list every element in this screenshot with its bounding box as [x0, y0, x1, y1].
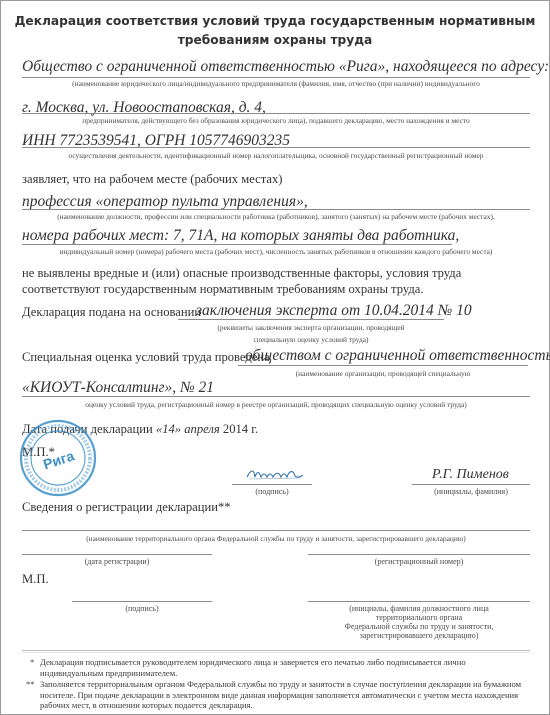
assessment-org-name-field[interactable]: «КИОУТ-Консалтинг», № 21: [22, 379, 214, 397]
registration-stamp-label: М.П.: [22, 571, 49, 587]
underline: [178, 319, 444, 320]
assessment-label: Специальная оценка условий труда проведе…: [22, 349, 270, 365]
basis-value-field[interactable]: заключения эксперта от 10.04.2014 № 10: [196, 302, 472, 320]
caption-applicant-2: предпринимателя, действующего без образо…: [22, 116, 530, 125]
footnote-divider: [22, 652, 530, 653]
underline: [22, 113, 530, 114]
underline: [22, 244, 452, 245]
name-line: [412, 484, 530, 485]
workplace-numbers-field[interactable]: номера рабочих мест: 7, 71А, на которых …: [22, 227, 459, 245]
signature-icon: [245, 465, 305, 483]
caption-registration-org: (наименование территориального органа Фе…: [22, 534, 530, 543]
svg-text:Рига: Рига: [41, 447, 76, 472]
caption-workplace-numbers: индивидуальный номер (номера) рабочего м…: [22, 247, 530, 256]
underline: [22, 147, 530, 148]
assessment-org-field[interactable]: обществом с ограниченной ответственность…: [245, 347, 550, 365]
registration-signature-line: [72, 601, 212, 602]
caption-assessment-1: (наименование организации, проводящей сп…: [238, 369, 528, 378]
document-title-line1: Декларация соответствия условий труда го…: [0, 13, 550, 30]
applicant-name-field[interactable]: Общество с ограниченной ответственностью…: [22, 58, 550, 76]
footnote-1: Декларация подписывается руководителем ю…: [40, 657, 530, 678]
caption-official-2: территориального органа: [308, 613, 530, 622]
caption-applicant-1: (наименование юридического лица/индивиду…: [22, 79, 530, 88]
conclusion-line1: не выявлены вредные и (или) опасные прои…: [22, 265, 461, 281]
registration-number-line: [308, 554, 530, 555]
registration-official-line: [308, 601, 530, 602]
filing-date-day[interactable]: «14»: [156, 422, 181, 436]
conclusion-line2: соответствуют государственным нормативны…: [22, 281, 424, 297]
footnote-mark-1: *: [30, 657, 34, 667]
caption-registration-signature: (подпись): [72, 604, 212, 613]
caption-assessment-2: оценку условий труда, регистрационный но…: [22, 400, 530, 409]
caption-basis-2: специальную оценку условий труда): [178, 335, 444, 344]
caption-basis-1: (реквизиты заключения эксперта организац…: [178, 323, 444, 332]
registration-heading: Сведения о регистрации декларации**: [22, 499, 231, 515]
caption-profession: (наименование должности, профессии или с…: [22, 212, 530, 221]
registration-org-line: [22, 530, 530, 531]
footnote-divider: [22, 650, 530, 651]
basis-label: Декларация подана на основании: [22, 304, 201, 320]
underline: [22, 396, 530, 397]
caption-official-4: зарегистрировавшего декларацию): [308, 631, 530, 640]
underline: [238, 365, 528, 366]
caption-official-1: (инициалы, фамилия должностного лица: [308, 604, 530, 613]
company-seal-icon: Рига: [18, 418, 98, 498]
footnote-2: Заполняется территориальным органом Феде…: [40, 679, 530, 711]
applicant-address-field[interactable]: г. Москва, ул. Новоостаповская, д. 4,: [22, 99, 266, 117]
caption-signature: (подпись): [232, 487, 312, 496]
registration-date-line: [22, 554, 212, 555]
caption-official-3: Федеральной службы по труду и занятости,: [308, 622, 530, 631]
caption-applicant-3: осуществления деятельности, идентификаци…: [22, 151, 530, 160]
underline: [22, 209, 530, 210]
filing-date-year: 2014 г.: [223, 422, 258, 436]
caption-registration-date: (дата регистрации): [22, 557, 212, 566]
underline: [22, 77, 530, 78]
signature-line: [232, 484, 312, 485]
document-title-line2: требованиям охраны труда: [0, 32, 550, 49]
caption-name: (инициалы, фамилия): [412, 487, 530, 496]
caption-registration-number: (регистрационный номер): [308, 557, 530, 566]
declares-text: заявляет, что на рабочем месте (рабочих …: [22, 171, 282, 187]
filing-date-month[interactable]: апреля: [184, 422, 220, 436]
signer-name: Р.Г. Пименов: [432, 466, 509, 484]
footnote-mark-2: **: [26, 679, 35, 689]
